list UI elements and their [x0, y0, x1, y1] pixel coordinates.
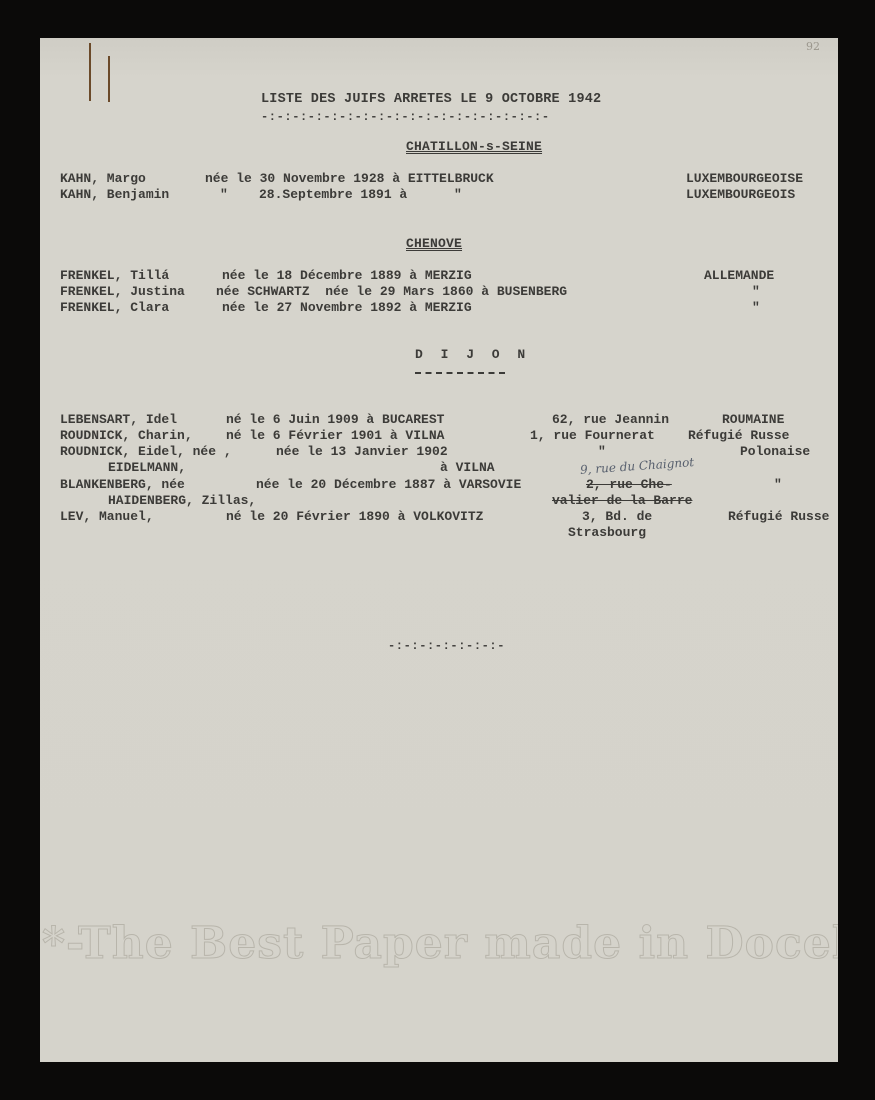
entry-address: Strasbourg [568, 525, 646, 540]
entry-birth: né le 20 Février 1890 à VOLKOVITZ [226, 509, 483, 524]
entry-nationality: Polonaise [740, 444, 810, 459]
entry-name: LEV, Manuel, [60, 509, 154, 524]
entry-birth: à VILNA [440, 460, 495, 475]
staple-mark [89, 43, 91, 101]
section-heading-dijon: D I J O N [415, 347, 530, 362]
entry-birth: né le 6 Juin 1909 à BUCAREST [226, 412, 444, 427]
entry-address: 62, rue Jeannin [552, 412, 669, 427]
entry-name: HAIDENBERG, Zillas, [108, 493, 256, 508]
entry-nationality: LUXEMBOURGEOIS [686, 187, 795, 202]
heading-underline [415, 372, 505, 374]
entry-birth: née le 30 Novembre 1928 à EITTELBRUCK [205, 171, 494, 186]
entry-birth: née le 27 Novembre 1892 à MERZIG [222, 300, 472, 315]
entry-name: FRENKEL, Tillá [60, 268, 169, 283]
page-number-mark: 92 [806, 40, 820, 53]
entry-name: KAHN, Benjamin [60, 187, 169, 202]
entry-address: 1, rue Fournerat [530, 428, 655, 443]
entry-nationality: Réfugié Russe [688, 428, 789, 443]
entry-name: KAHN, Margo [60, 171, 146, 186]
entry-name: ROUDNICK, Charin, [60, 428, 193, 443]
entry-name: EIDELMANN, [108, 460, 186, 475]
entry-nationality: " [752, 284, 760, 299]
document-page: 92 LISTE DES JUIFS ARRETES LE 9 OCTOBRE … [40, 38, 838, 1062]
entry-birth: né le 6 Février 1901 à VILNA [226, 428, 444, 443]
entry-nationality: " [774, 477, 782, 492]
handwritten-address-correction: 9, rue du Chaignot [580, 455, 695, 477]
entry-birth: née le 20 Décembre 1887 à VARSOVIE [256, 477, 521, 492]
paper-watermark: *-The Best Paper made in Docelles [42, 918, 838, 969]
separator: -:-:-:-:-:-:-:-:-:-:-:-:-:-:-:-:-:-:- [261, 110, 550, 124]
entry-birth: née SCHWARTZ née le 29 Mars 1860 à BUSEN… [216, 284, 567, 299]
entry-name: BLANKENBERG, née [60, 477, 185, 492]
section-heading-chatillon: CHATILLON-s-SEINE [406, 139, 542, 154]
staple-mark [108, 56, 110, 102]
separator: -:-:-:-:-:-:-:- [388, 639, 505, 653]
entry-address-struck: valier de la Barre [552, 493, 692, 508]
entry-name: ROUDNICK, Eidel, née , [60, 444, 232, 459]
entry-address: 3, Bd. de [582, 509, 652, 524]
entry-nationality: " [752, 300, 760, 315]
entry-birth: née le 13 Janvier 1902 [276, 444, 448, 459]
entry-name: FRENKEL, Justina [60, 284, 185, 299]
entry-nationality: Réfugié Russe [728, 509, 829, 524]
entry-address-struck: 2, rue Che- [586, 477, 672, 492]
entry-birth: " 28.Septembre 1891 à " [220, 187, 462, 202]
entry-nationality: ROUMAINE [722, 412, 784, 427]
entry-birth: née le 18 Décembre 1889 à MERZIG [222, 268, 472, 283]
entry-name: FRENKEL, Clara [60, 300, 169, 315]
entry-address: " [598, 444, 606, 459]
entry-nationality: ALLEMANDE [704, 268, 774, 283]
entry-name: LEBENSART, Idel [60, 412, 177, 427]
entry-nationality: LUXEMBOURGEOISE [686, 171, 803, 186]
document-title: LISTE DES JUIFS ARRETES LE 9 OCTOBRE 194… [261, 92, 601, 107]
section-heading-chenove: CHENOVE [406, 236, 462, 251]
